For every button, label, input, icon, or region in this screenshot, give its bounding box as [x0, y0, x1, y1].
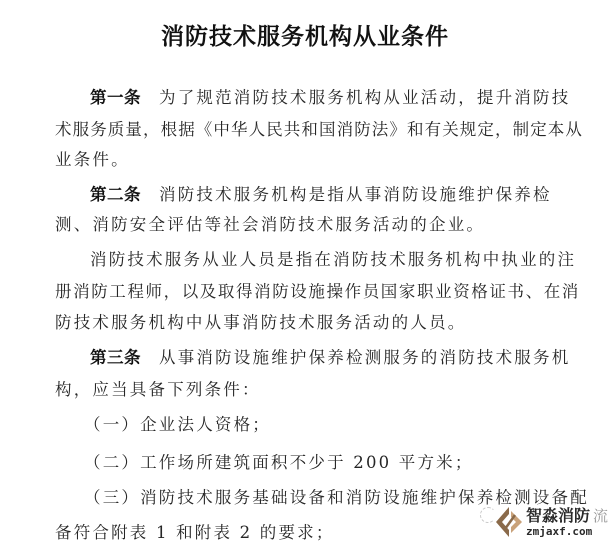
article-text: 从事消防设施维护保养检测服务的消防技术服务机: [159, 348, 570, 367]
condition-1: （一）企业法人资格；: [84, 415, 271, 435]
watermark-brand-name: 智淼消防流: [526, 503, 608, 526]
article-2b-line-1: 消防技术服务从业人员是指在消防技术服务机构中执业的注: [90, 250, 576, 270]
article-1-line-2: 术服务质量，根据《中华人民共和国消防法》和有关规定，制定本从: [55, 120, 583, 140]
watermark-url: zmjaxf.com: [526, 525, 592, 538]
article-2b-line-3: 防技术服务机构中从事消防技术服务活动的人员。: [55, 313, 466, 333]
article-label: 第二条: [90, 185, 141, 204]
article-1-line-3: 业条件。: [55, 150, 130, 170]
article-text: 为了规范消防技术服务机构从业活动，提升消防技: [159, 88, 570, 107]
article-label: 第一条: [90, 88, 141, 107]
article-2-line-2: 测、消防安全评估等社会消防技术服务活动的企业。: [55, 215, 485, 235]
condition-2: （二）工作场所建筑面积不少于 200 平方米；: [84, 453, 474, 473]
article-2-line-1: 第二条消防技术服务机构是指从事消防设施维护保养检: [90, 185, 552, 205]
article-3-line-1: 第三条从事消防设施维护保养检测服务的消防技术服务机: [90, 348, 570, 368]
article-2b-line-2: 册消防工程师，以及取得消防设施操作员国家职业资格证书、在消: [55, 282, 580, 302]
condition-3-line-2: 备符合附表 1 和附表 2 的要求；: [55, 523, 335, 543]
document-title: 消防技术服务机构从业条件: [0, 18, 610, 51]
article-3-line-2: 构，应当具备下列条件：: [55, 380, 261, 400]
watermark: 智淼消防流 zmjaxf.com: [480, 503, 610, 543]
article-text: 消防技术服务机构是指从事消防设施维护保养检: [159, 185, 552, 204]
article-1-line-1: 第一条为了规范消防技术服务机构从业活动，提升消防技: [90, 88, 570, 108]
brand-logo-icon: [494, 505, 524, 539]
article-label: 第三条: [90, 348, 141, 367]
watermark-brand-tail: 流: [593, 507, 608, 525]
